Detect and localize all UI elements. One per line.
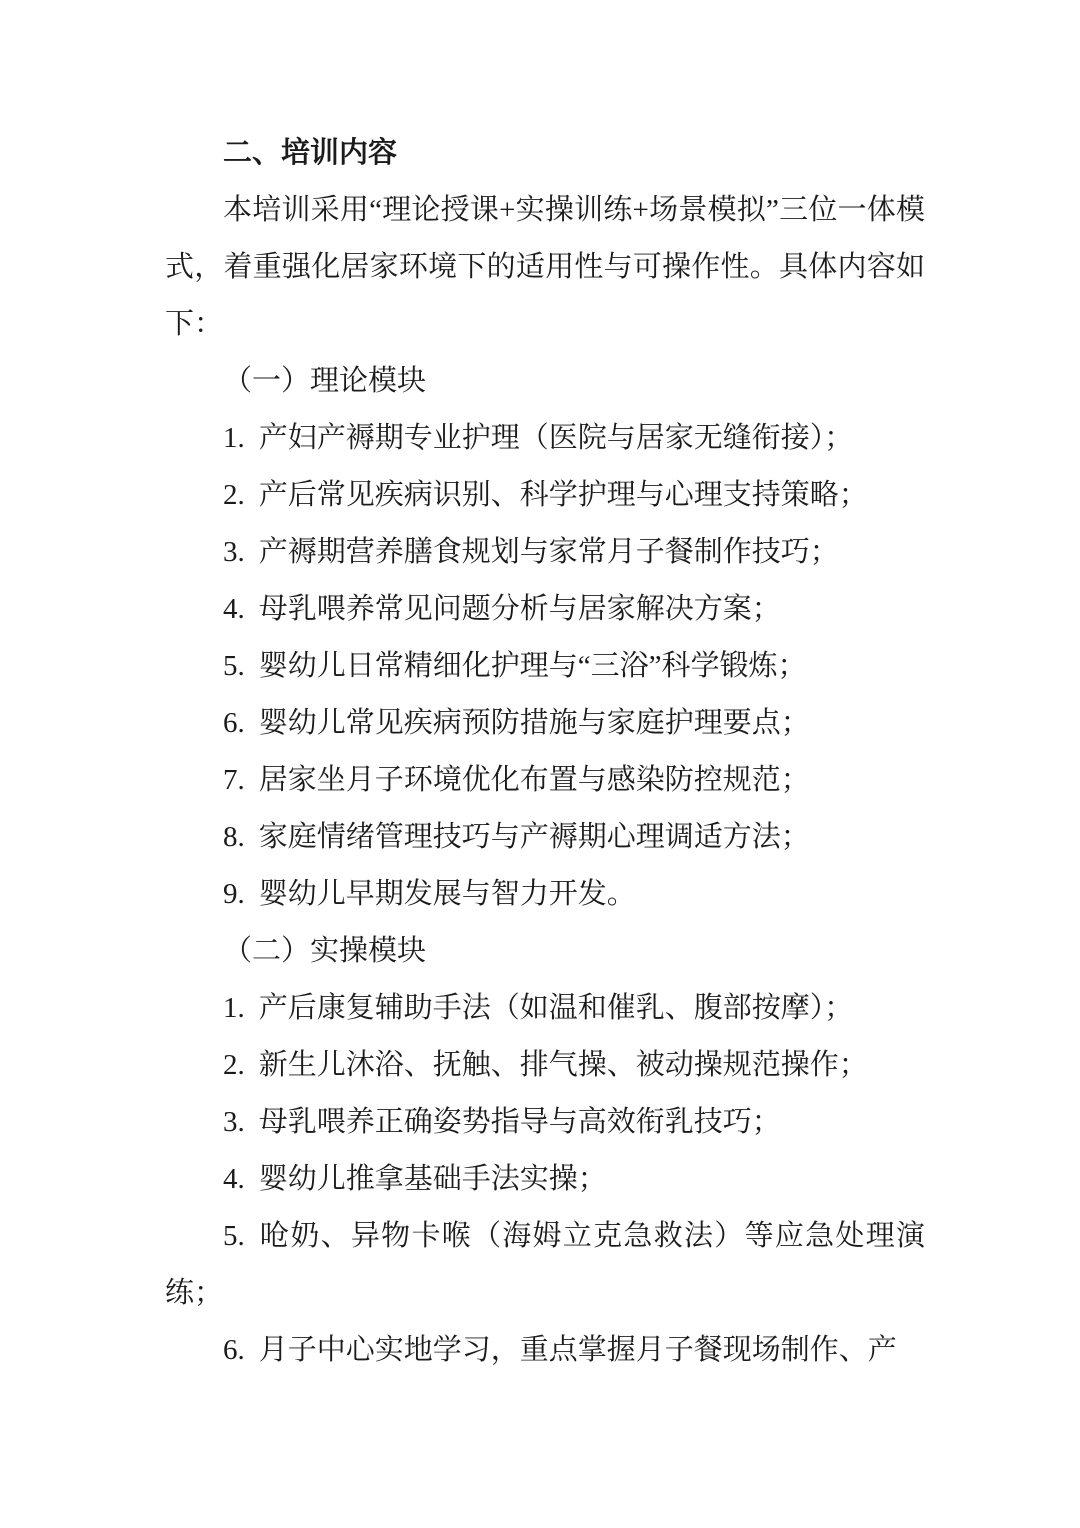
item-text: 新生儿沐浴、抚触、排气操、被动操规范操作； <box>259 1049 868 1081</box>
item-text: 产后常见疾病识别、科学护理与心理支持策略； <box>259 479 868 511</box>
theory-item-1: 1.产妇产褥期专业护理（医院与居家无缝衔接）； <box>165 410 925 467</box>
theory-item-8: 8.家庭情绪管理技巧与产褥期心理调适方法； <box>165 809 925 866</box>
item-number: 6. <box>223 1334 245 1366</box>
document-page: 二、培训内容 本培训采用“理论授课+实操训练+场景模拟”三位一体模式，着重强化居… <box>0 0 1080 1528</box>
practice-item-6: 6.月子中心实地学习，重点掌握月子餐现场制作、产 <box>165 1322 925 1379</box>
item-text: 婴幼儿早期发展与智力开发。 <box>259 878 636 910</box>
practice-item-3: 3.母乳喂养正确姿势指导与高效衔乳技巧； <box>165 1094 925 1151</box>
module-title-practice: （二）实操模块 <box>165 923 925 980</box>
item-text: 月子中心实地学习，重点掌握月子餐现场制作、产 <box>259 1334 897 1366</box>
practice-item-2: 2.新生儿沐浴、抚触、排气操、被动操规范操作； <box>165 1037 925 1094</box>
item-number: 7. <box>223 764 245 796</box>
item-text: 婴幼儿日常精细化护理与“三浴”科学锻炼； <box>259 650 807 682</box>
practice-item-4: 4.婴幼儿推拿基础手法实操； <box>165 1151 925 1208</box>
item-number: 8. <box>223 821 245 853</box>
theory-item-4: 4.母乳喂养常见问题分析与居家解决方案； <box>165 581 925 638</box>
item-number: 6. <box>223 707 245 739</box>
practice-item-5: 5.呛奶、异物卡喉（海姆立克急救法）等应急处理演练； <box>165 1208 925 1322</box>
item-text: 婴幼儿常见疾病预防措施与家庭护理要点； <box>259 707 810 739</box>
item-text: 母乳喂养常见问题分析与居家解决方案； <box>259 593 781 625</box>
theory-item-5: 5.婴幼儿日常精细化护理与“三浴”科学锻炼； <box>165 638 925 695</box>
item-number: 1. <box>223 422 245 454</box>
item-number: 4. <box>223 593 245 625</box>
module-title-theory: （一）理论模块 <box>165 353 925 410</box>
theory-item-9: 9.婴幼儿早期发展与智力开发。 <box>165 866 925 923</box>
item-number: 5. <box>223 650 245 682</box>
item-text: 产褥期营养膳食规划与家常月子餐制作技巧； <box>259 536 839 568</box>
item-text: 家庭情绪管理技巧与产褥期心理调适方法； <box>259 821 810 853</box>
item-number: 5. <box>223 1220 245 1252</box>
item-number: 3. <box>223 1106 245 1138</box>
theory-item-7: 7.居家坐月子环境优化布置与感染防控规范； <box>165 752 925 809</box>
section-heading: 二、培训内容 <box>165 125 925 182</box>
item-text: 母乳喂养正确姿势指导与高效衔乳技巧； <box>259 1106 781 1138</box>
theory-item-2: 2.产后常见疾病识别、科学护理与心理支持策略； <box>165 467 925 524</box>
item-text: 呛奶、异物卡喉（海姆立克急救法）等应急处理演练； <box>165 1220 925 1309</box>
item-number: 9. <box>223 878 245 910</box>
item-text: 婴幼儿推拿基础手法实操； <box>259 1163 607 1195</box>
theory-item-3: 3.产褥期营养膳食规划与家常月子餐制作技巧； <box>165 524 925 581</box>
intro-paragraph: 本培训采用“理论授课+实操训练+场景模拟”三位一体模式，着重强化居家环境下的适用… <box>165 182 925 353</box>
item-text: 产妇产褥期专业护理（医院与居家无缝衔接）； <box>259 422 854 454</box>
item-text: 产后康复辅助手法（如温和催乳、腹部按摩）； <box>259 992 854 1024</box>
practice-item-1: 1.产后康复辅助手法（如温和催乳、腹部按摩）； <box>165 980 925 1037</box>
item-number: 3. <box>223 536 245 568</box>
item-text: 居家坐月子环境优化布置与感染防控规范； <box>259 764 810 796</box>
item-number: 1. <box>223 992 245 1024</box>
theory-item-6: 6.婴幼儿常见疾病预防措施与家庭护理要点； <box>165 695 925 752</box>
item-number: 2. <box>223 479 245 511</box>
item-number: 4. <box>223 1163 245 1195</box>
item-number: 2. <box>223 1049 245 1081</box>
